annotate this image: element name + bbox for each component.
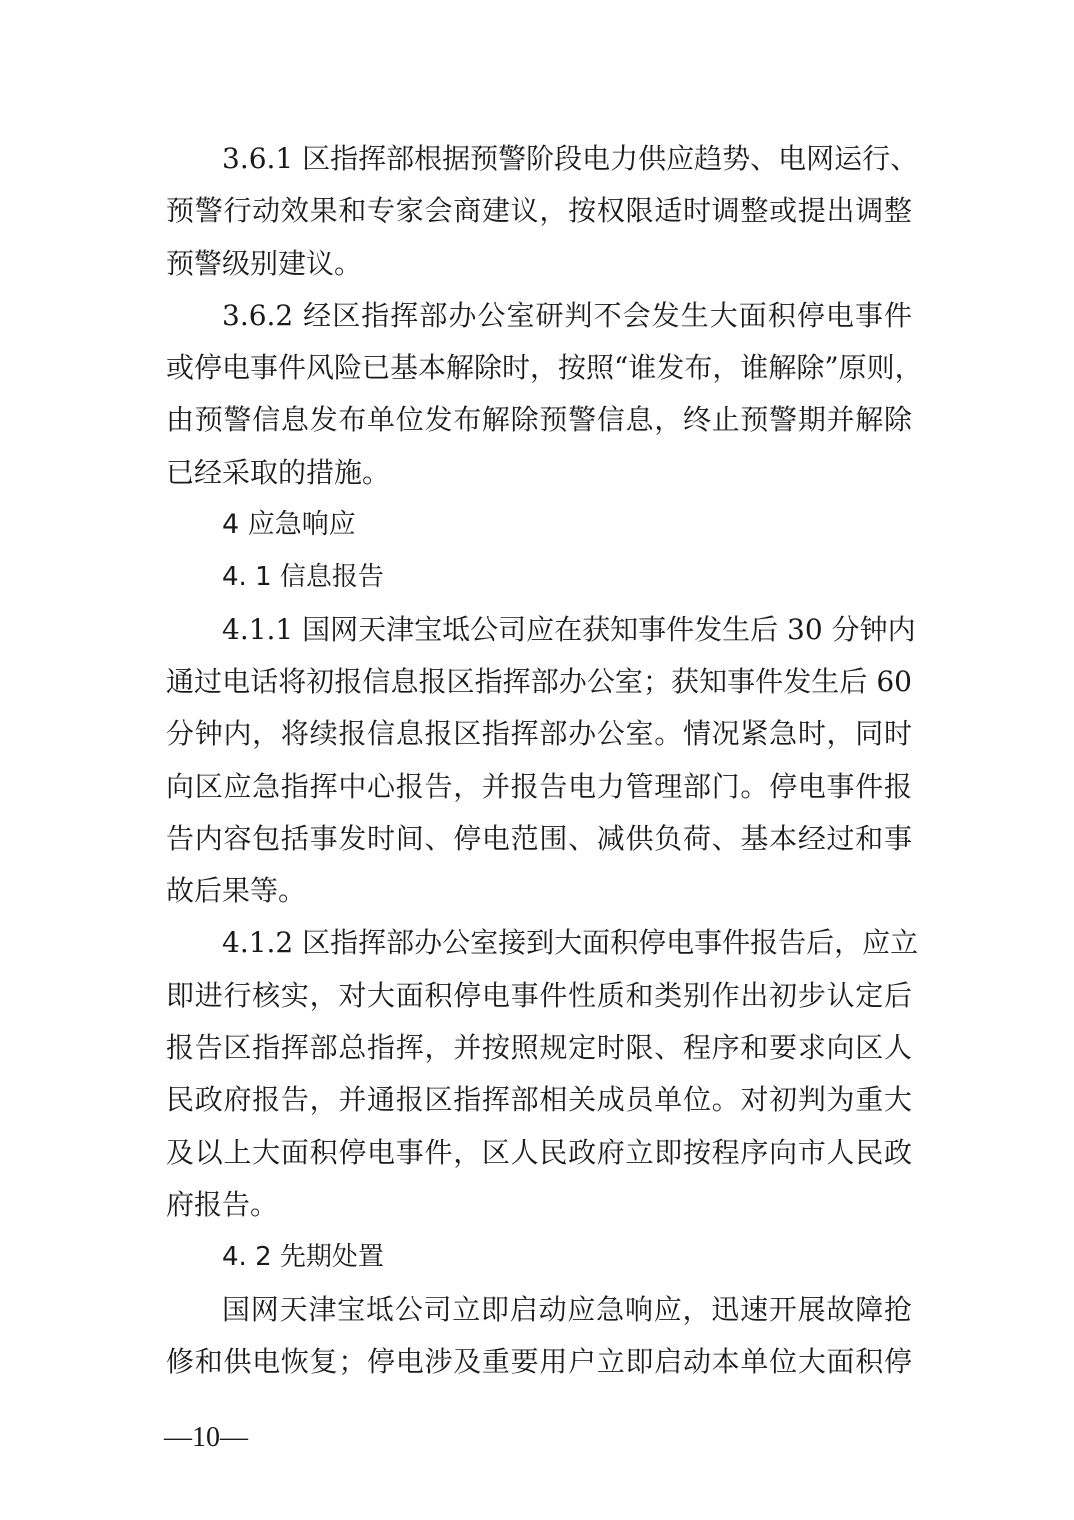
- paragraph-line: 民政府报告，并通报区指挥部相关成员单位。对初判为重大: [166, 1074, 912, 1126]
- paragraph-line: 向区应急指挥中心报告，并报告电力管理部门。停电事件报: [166, 761, 912, 813]
- paragraph-line: 或停电事件风险已基本解除时，按照“谁发布，谁解除”原则，: [166, 342, 912, 394]
- paragraph-3-6-1: 3.6.1 区指挥部根据预警阶段电力供应趋势、电网运行、 预警行动效果和专家会商…: [166, 133, 912, 290]
- paragraph-4-1-2: 4.1.2 区指挥部办公室接到大面积停电事件报告后，应立 即进行核实，对大面积停…: [166, 917, 912, 1231]
- paragraph-line: 4.1.2 区指挥部办公室接到大面积停电事件报告后，应立: [166, 917, 912, 969]
- paragraph-3-6-2: 3.6.2 经区指挥部办公室研判不会发生大面积停电事件 或停电事件风险已基本解除…: [166, 290, 912, 499]
- paragraph-line: 由预警信息发布单位发布解除预警信息，终止预警期并解除: [166, 394, 912, 446]
- paragraph-line: 分钟内，将续报信息报区指挥部办公室。情况紧急时，同时: [166, 708, 912, 760]
- paragraph-line: 预警级别建议。: [166, 238, 912, 290]
- section-heading-4-2: 4. 2 先期处置: [166, 1231, 912, 1283]
- paragraph-line: 及以上大面积停电事件，区人民政府立即按程序向市人民政: [166, 1127, 912, 1179]
- paragraph-line: 已经采取的措施。: [166, 447, 912, 499]
- paragraph-line: 府报告。: [166, 1179, 912, 1231]
- paragraph-line: 通过电话将初报信息报区指挥部办公室；获知事件发生后 60: [166, 656, 912, 708]
- paragraph-line: 国网天津宝坻公司立即启动应急响应，迅速开展故障抢: [166, 1284, 912, 1336]
- section-heading-4-1: 4. 1 信息报告: [166, 551, 912, 603]
- paragraph-line: 故后果等。: [166, 865, 912, 917]
- section-heading-4: 4 应急响应: [166, 499, 912, 551]
- paragraph-line: 告内容包括事发时间、停电范围、减供负荷、基本经过和事: [166, 813, 912, 865]
- paragraph-line: 修和供电恢复；停电涉及重要用户立即启动本单位大面积停: [166, 1336, 912, 1388]
- paragraph-line: 3.6.2 经区指挥部办公室研判不会发生大面积停电事件: [166, 290, 912, 342]
- document-page: 3.6.1 区指挥部根据预警阶段电力供应趋势、电网运行、 预警行动效果和专家会商…: [166, 133, 912, 1388]
- paragraph-line: 报告区指挥部总指挥，并按照规定时限、程序和要求向区人: [166, 1022, 912, 1074]
- paragraph-line: 3.6.1 区指挥部根据预警阶段电力供应趋势、电网运行、: [166, 133, 912, 185]
- page-number: —10—: [164, 1418, 248, 1458]
- paragraph-4-1-1: 4.1.1 国网天津宝坻公司应在获知事件发生后 30 分钟内 通过电话将初报信息…: [166, 604, 912, 918]
- paragraph-line: 即进行核实，对大面积停电事件性质和类别作出初步认定后: [166, 970, 912, 1022]
- paragraph-4-2: 国网天津宝坻公司立即启动应急响应，迅速开展故障抢 修和供电恢复；停电涉及重要用户…: [166, 1284, 912, 1389]
- paragraph-line: 预警行动效果和专家会商建议，按权限适时调整或提出调整: [166, 185, 912, 237]
- paragraph-line: 4.1.1 国网天津宝坻公司应在获知事件发生后 30 分钟内: [166, 604, 912, 656]
